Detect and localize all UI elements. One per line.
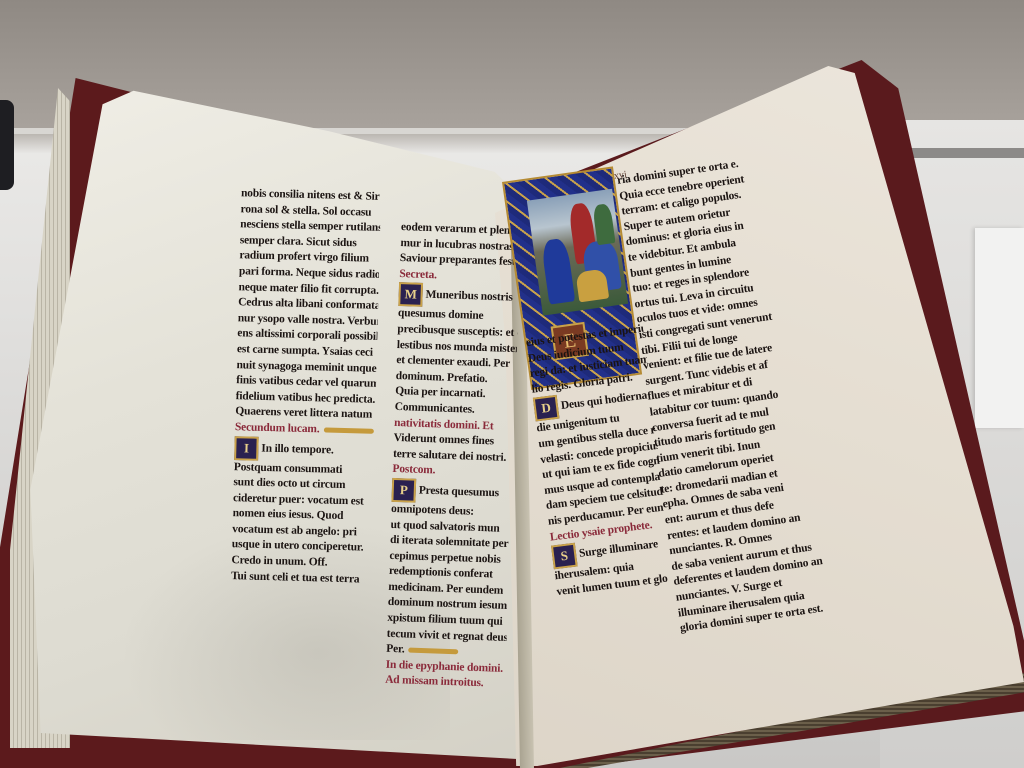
- display-stand-block: [975, 228, 1024, 428]
- left-page-column-2: eodem verarum et plenitudini mur in lucu…: [385, 220, 521, 693]
- kneeling-magus-gold: [575, 269, 609, 303]
- illuminated-initial: D: [533, 395, 560, 422]
- left-page-column-1: nobis consilia nitens est & Sir rona sol…: [231, 186, 381, 588]
- illuminated-initial: S: [551, 543, 578, 570]
- illuminated-initial: I: [234, 436, 259, 461]
- gold-flourish: [408, 648, 458, 655]
- dark-object-left: [0, 100, 14, 190]
- illuminated-initial: M: [398, 282, 423, 307]
- text-line: IIn illo tempore.: [234, 436, 375, 464]
- illuminated-initial: P: [391, 478, 416, 503]
- virgin-figure: [541, 238, 576, 305]
- adoration-scene: [527, 189, 628, 316]
- gold-flourish: [323, 427, 373, 433]
- figure-green: [592, 203, 615, 245]
- rubric-text: Secundum lucam.: [235, 421, 320, 435]
